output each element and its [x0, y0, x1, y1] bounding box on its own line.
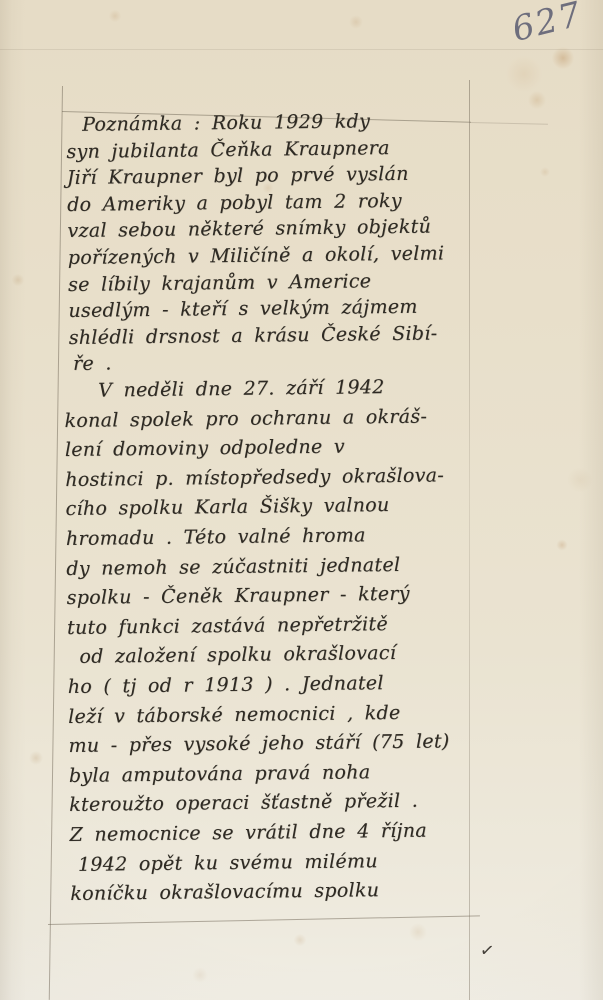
- manuscript-line: Z nemocnice se vrátil dne 4 října: [69, 816, 450, 850]
- manuscript-line: koníčku okrašlovacímu spolku: [70, 875, 451, 909]
- margin-rule-top-extension: [470, 122, 548, 125]
- manuscript-line: konal spolek pro ochranu a okráš-: [64, 402, 445, 436]
- margin-rule-bottom: [48, 915, 480, 925]
- paragraph-meeting-1942: V neděli dne 27. září 1942 konal spolek …: [64, 372, 452, 909]
- manuscript-line: tuto funkci zastává nepřetržitě: [67, 609, 448, 643]
- manuscript-line: byla amputována pravá noha: [69, 757, 450, 791]
- margin-rule-right: [469, 80, 470, 1000]
- margin-rule-left: [49, 86, 63, 1000]
- manuscript-line: lení domoviny odpoledne v: [65, 432, 446, 466]
- manuscript-line: leží v táborské nemocnici , kde: [68, 698, 449, 732]
- manuscript-line: ho ( tj od r 1913 ) . Jednatel: [68, 668, 449, 702]
- manuscript-page: 627 Poznámka : Roku 1929 kdy syn jubilan…: [0, 0, 603, 1000]
- manuscript-line: hostinci p. místopředsedy okrašlova-: [65, 461, 446, 495]
- checkmark: ✓: [479, 940, 496, 962]
- manuscript-line: V neděli dne 27. září 1942: [64, 372, 445, 406]
- manuscript-line: pořízených v Miličíně a okolí, velmi: [68, 240, 445, 271]
- manuscript-line: mu - přes vysoké jeho stáří (75 let): [68, 727, 449, 761]
- page-number: 627: [508, 0, 586, 50]
- manuscript-line: hromadu . Této valné hroma: [66, 520, 447, 554]
- manuscript-line: dy nemoh se zúčastniti jednatel: [66, 550, 447, 584]
- manuscript-line: od založení spolku okrašlovací: [67, 639, 448, 673]
- manuscript-line: shlédli drsnost a krásu České Sibí-: [69, 320, 446, 351]
- manuscript-line: spolku - Čeněk Kraupner - který: [67, 579, 448, 613]
- manuscript-line: cího spolku Karla Šišky valnou: [65, 491, 446, 525]
- manuscript-line: kteroužto operaci šťastně přežil .: [69, 787, 450, 821]
- manuscript-line: 1942 opět ku svému milému: [70, 846, 451, 880]
- paragraph-note-1929: Poznámka : Roku 1929 kdy syn jubilanta Č…: [66, 107, 446, 378]
- paper-crease: [0, 49, 603, 50]
